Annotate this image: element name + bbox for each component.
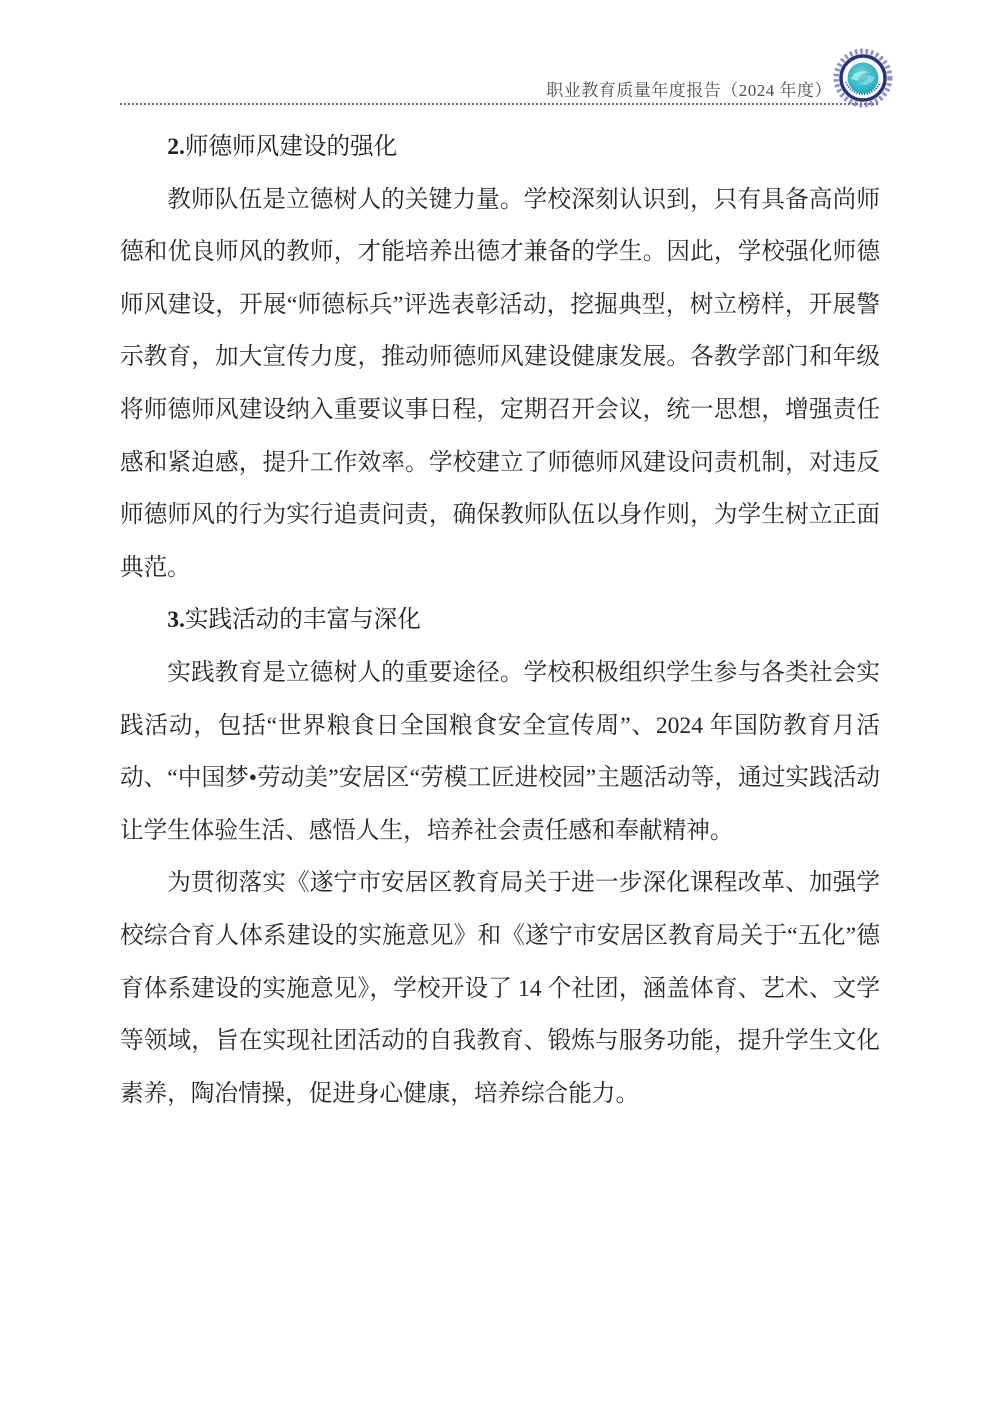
section-2-heading: 2.师德师风建设的强化 [120, 121, 880, 174]
section-3-number: 3. [167, 607, 185, 633]
section-3-paragraph-1: 实践教育是立德树人的重要途径。学校积极组织学生参与各类社会实践活动，包括“世界粮… [120, 647, 880, 857]
section-2-title: 师德师风建设的强化 [185, 134, 397, 160]
section-2-number: 2. [167, 134, 185, 160]
section-3-heading: 3.实践活动的丰富与深化 [120, 594, 880, 647]
page-header-title: 职业教育质量年度报告（2024 年度） [120, 76, 832, 101]
school-emblem-icon [832, 47, 894, 109]
school-emblem-svg [832, 47, 894, 109]
section-3-title: 实践活动的丰富与深化 [185, 607, 421, 633]
document-body: 2.师德师风建设的强化 教师队伍是立德树人的关键力量。学校深刻认识到，只有具备高… [120, 121, 880, 1120]
section-2-paragraph-1: 教师队伍是立德树人的关键力量。学校深刻认识到，只有具备高尚师德和优良师风的教师，… [120, 174, 880, 595]
document-page: 职业教育质量年度报告（2024 年度） [0, 0, 1000, 1414]
header-divider [120, 103, 880, 105]
section-3-paragraph-2: 为贯彻落实《遂宁市安居区教育局关于进一步深化课程改革、加强学校综合育人体系建设的… [120, 857, 880, 1120]
